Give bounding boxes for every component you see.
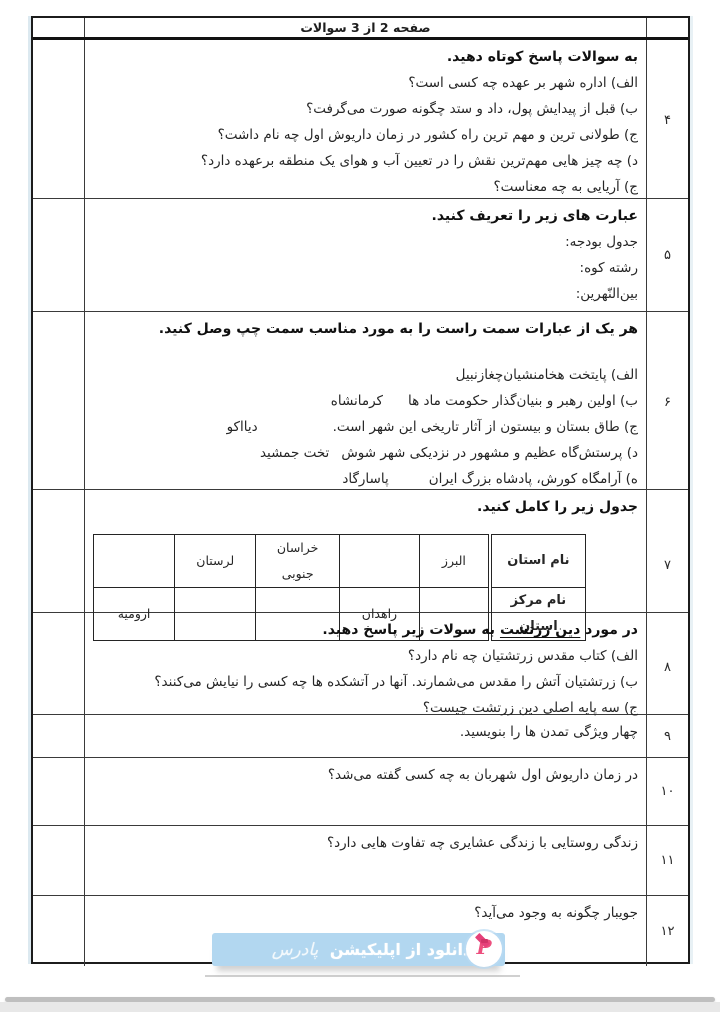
- page-header-row: صفحه 2 از 3 سوالات: [33, 18, 688, 40]
- match-pair: الف) پایتخت هخامنشیانچغازنبیل: [93, 362, 638, 388]
- question-content: به سوالات پاسخ کوتاه دهید. الف) اداره شه…: [85, 40, 646, 200]
- question-row-10: در زمان داریوش اول شهربان به چه کسی گفته…: [33, 758, 688, 826]
- question-number: ۹: [646, 715, 688, 757]
- question-content: در زمان داریوش اول شهربان به چه کسی گفته…: [85, 758, 646, 825]
- score-cell: [33, 40, 85, 200]
- graduation-cap-band: [481, 939, 488, 943]
- match-right-text: ب) اولین رهبر و بنیان‌گذار حکومت ماد ها: [408, 393, 638, 409]
- watermark-text: دانلود از اپلیکیشن پادرس: [272, 940, 471, 960]
- question-line: الف) اداره شهر بر عهده چه کسی است؟: [93, 70, 638, 96]
- match-right-text: ه) آرامگاه کورش، پادشاه بزرگ ایران: [429, 471, 638, 487]
- match-left-option: چغازنبیل: [456, 362, 504, 388]
- question-number: ۵: [646, 199, 688, 311]
- table-cell: خراسان جنوبی: [256, 535, 339, 588]
- question-title: جدول زیر را کامل کنید.: [93, 494, 638, 520]
- page-bottom-shadow: [0, 1002, 720, 1012]
- table-row: نام استان البرز خراسان جنوبی لرستان: [94, 535, 586, 588]
- match-pair: ه) آرامگاه کورش، پادشاه بزرگ ایرانپاسارگ…: [93, 466, 638, 492]
- question-line: جدول بودجه:: [93, 229, 638, 255]
- question-row-4: به سوالات پاسخ کوتاه دهید. الف) اداره شه…: [33, 40, 688, 199]
- score-cell: [33, 758, 85, 825]
- score-cell: [33, 826, 85, 895]
- question-number: ۶: [646, 312, 688, 492]
- match-right-text: ج) طاق بستان و بیستون از آثار تاریخی این…: [333, 419, 638, 435]
- question-row-9: چهار ویژگی تمدن ها را بنویسید. ۹: [33, 715, 688, 758]
- question-number: ۱۲: [646, 896, 688, 966]
- score-cell: [33, 715, 85, 757]
- question-number-cell: [646, 18, 688, 37]
- match-pair: ج) طاق بستان و بیستون از آثار تاریخی این…: [93, 414, 638, 440]
- table-cell-empty: [94, 535, 175, 588]
- match-left-option: کرمانشاه: [331, 388, 383, 414]
- question-row-6: هر یک از عبارات سمت راست را به مورد مناس…: [33, 312, 688, 490]
- question-content: هر یک از عبارات سمت راست را به مورد مناس…: [85, 312, 646, 492]
- match-pair: د) پرستش‌گاه عظیم و مشهور در نزدیکی شهر …: [93, 440, 638, 466]
- watermark-brand: پادرس: [272, 940, 318, 960]
- table-cell: لرستان: [175, 535, 256, 588]
- question-line: در زمان داریوش اول شهربان به چه کسی گفته…: [93, 762, 638, 788]
- question-content: زندگی روستایی با زندگی عشایری چه تفاوت ه…: [85, 826, 646, 895]
- question-line: رشته کوه:: [93, 255, 638, 281]
- question-line: ج) آریایی به چه معناست؟: [93, 174, 638, 200]
- question-number: ۱۱: [646, 826, 688, 895]
- match-left-option: تخت جمشید: [260, 440, 329, 466]
- question-row-11: زندگی روستایی با زندگی عشایری چه تفاوت ه…: [33, 826, 688, 896]
- question-content: چهار ویژگی تمدن ها را بنویسید.: [85, 715, 646, 757]
- question-title: هر یک از عبارات سمت راست را به مورد مناس…: [93, 316, 638, 342]
- match-pair: ب) اولین رهبر و بنیان‌گذار حکومت ماد هاک…: [93, 388, 638, 414]
- question-line: بین‌النّهرین:: [93, 281, 638, 307]
- watermark-caption: دانلود از اپلیکیشن: [330, 940, 471, 959]
- match-right-text: الف) پایتخت هخامنشیان: [503, 367, 638, 383]
- blank-space: [93, 342, 638, 362]
- question-title: به سوالات پاسخ کوتاه دهید.: [93, 44, 638, 70]
- question-line: جویبار چگونه به وجود می‌آید؟: [93, 900, 638, 926]
- question-title: در مورد دین زرتشت به سولات زیر پاسخ دهید…: [93, 617, 638, 643]
- question-row-8: در مورد دین زرتشت به سولات زیر پاسخ دهید…: [33, 613, 688, 715]
- question-number: ۴: [646, 40, 688, 200]
- score-cell: [33, 199, 85, 311]
- question-line: الف) کتاب مقدس زرتشتیان چه نام دارد؟: [93, 643, 638, 669]
- score-cell: [33, 18, 85, 37]
- padras-logo-icon: P: [466, 931, 502, 967]
- question-line: ب) قبل از پیدایش پول، داد و ستد چگونه صو…: [93, 96, 638, 122]
- question-line: چهار ویژگی تمدن ها را بنویسید.: [93, 719, 638, 745]
- score-cell: [33, 312, 85, 492]
- question-number: ۸: [646, 613, 688, 721]
- scan-artifact-line: [205, 975, 520, 977]
- question-title: عبارت های زیر را تعریف کنید.: [93, 203, 638, 229]
- question-row-5: عبارت های زیر را تعریف کنید. جدول بودجه:…: [33, 199, 688, 312]
- question-content: عبارت های زیر را تعریف کنید. جدول بودجه:…: [85, 199, 646, 311]
- page-number-label: صفحه 2 از 3 سوالات: [85, 18, 646, 37]
- table-header-cell: نام استان: [490, 535, 586, 588]
- question-row-7: جدول زیر را کامل کنید. نام استان البرز خ…: [33, 490, 688, 613]
- match-right-text: د) پرستش‌گاه عظیم و مشهور در نزدیکی شهر …: [341, 445, 638, 461]
- title-text: به سولات زیر پاسخ دهید.: [322, 622, 500, 638]
- title-text: در مورد: [580, 622, 638, 638]
- question-line: د) چه چیز هایی مهم‌ترین نقش را در تعیین …: [93, 148, 638, 174]
- question-line: ب) زرتشتیان آتش را مقدس می‌شمارند. آنها …: [93, 669, 638, 695]
- match-left-option: پاسارگاد: [342, 466, 388, 492]
- score-cell: [33, 613, 85, 721]
- exam-page: صفحه 2 از 3 سوالات به سوالات پاسخ کوتاه …: [0, 0, 720, 1012]
- question-line: زندگی روستایی با زندگی عشایری چه تفاوت ه…: [93, 830, 638, 856]
- score-cell: [33, 896, 85, 966]
- question-content: در مورد دین زرتشت به سولات زیر پاسخ دهید…: [85, 613, 646, 721]
- match-left-option: دیااکو: [227, 414, 258, 440]
- underlined-text: دین زرتشت: [500, 622, 580, 638]
- watermark-banner: دانلود از اپلیکیشن پادرس P: [212, 933, 505, 966]
- table-cell: البرز: [420, 535, 490, 588]
- question-number: ۱۰: [646, 758, 688, 825]
- table-cell-empty: [339, 535, 419, 588]
- exam-table: صفحه 2 از 3 سوالات به سوالات پاسخ کوتاه …: [31, 16, 690, 964]
- question-line: ج) طولانی ترین و مهم ترین راه کشور در زم…: [93, 122, 638, 148]
